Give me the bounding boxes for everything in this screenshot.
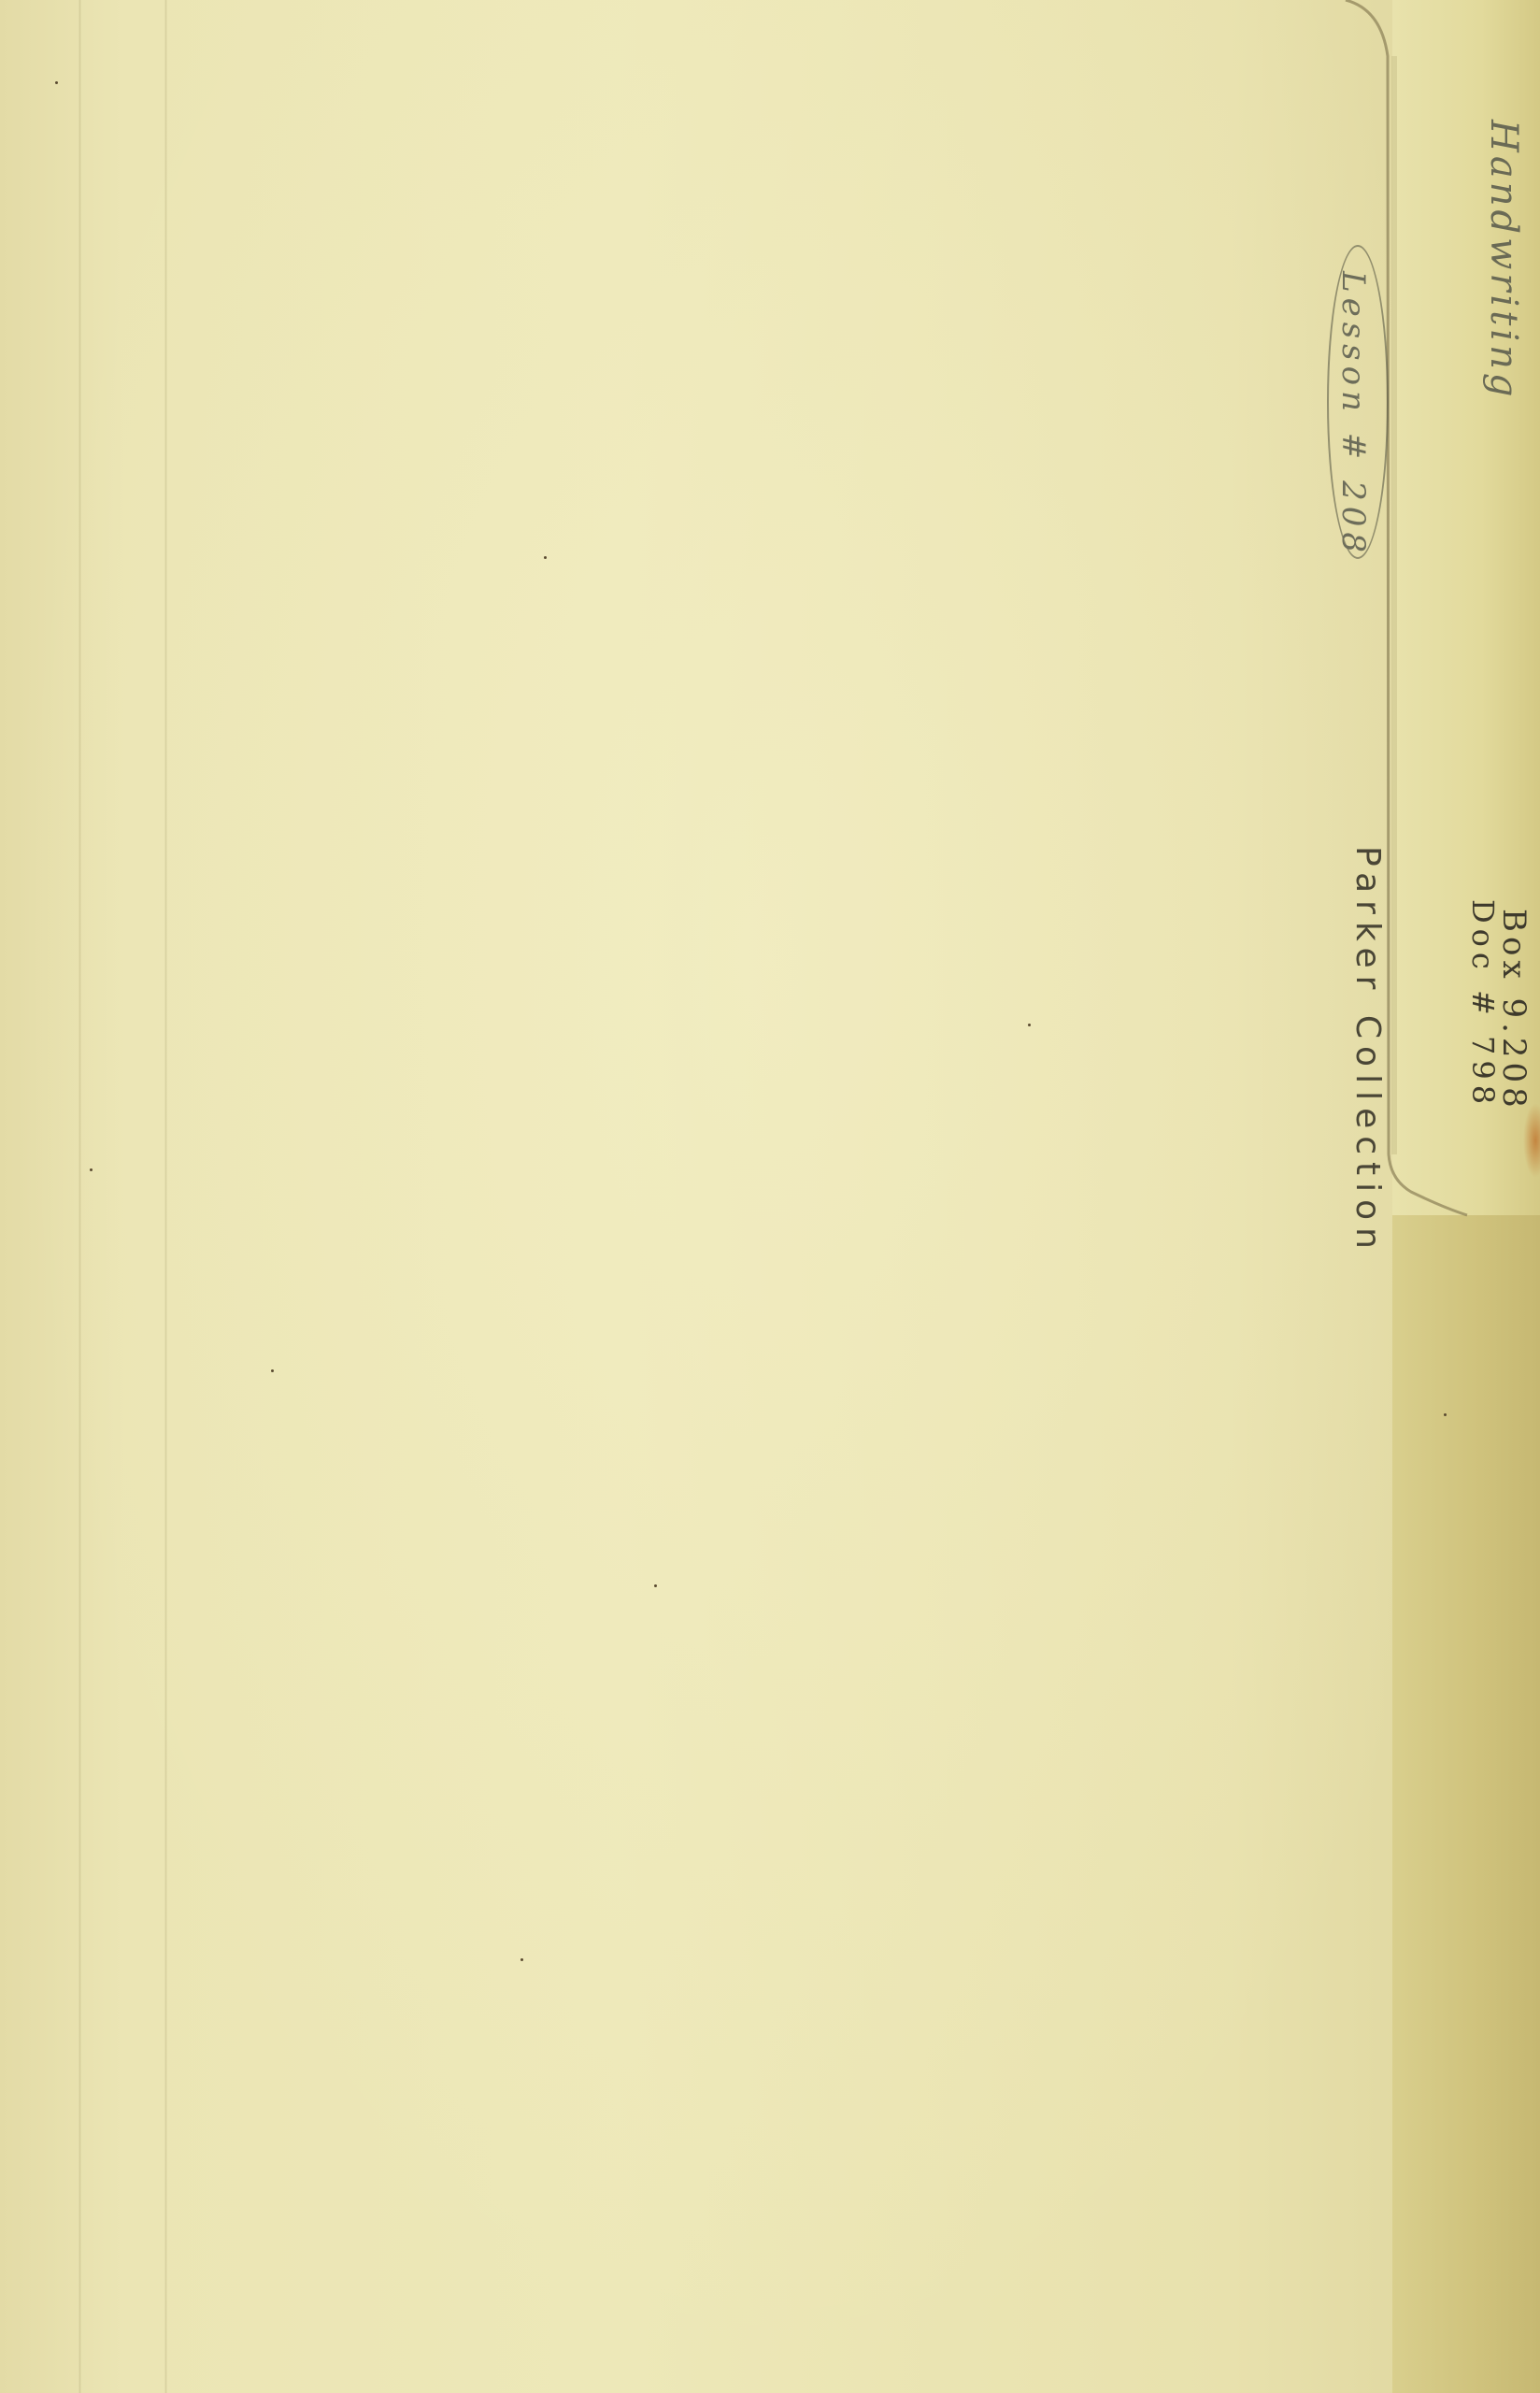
speck [1444,1413,1447,1416]
doc-number-annotation: Doc # 798 [1465,899,1501,1110]
speck [271,1369,274,1372]
speck [90,1168,93,1171]
speck [55,81,58,84]
subject-annotation: Handwriting [1482,120,1525,400]
folder-tab-edge [0,0,1540,2393]
collection-annotation: Parker Collection [1348,846,1387,1256]
speck [544,556,547,559]
speck [1028,1024,1031,1026]
speck [654,1584,657,1587]
circled-label-annotation: Lesson # 208 [1334,271,1372,558]
speck [520,1958,523,1961]
rust-stain [1523,1103,1540,1178]
box-annotation: Box 9.208 [1495,909,1533,1112]
